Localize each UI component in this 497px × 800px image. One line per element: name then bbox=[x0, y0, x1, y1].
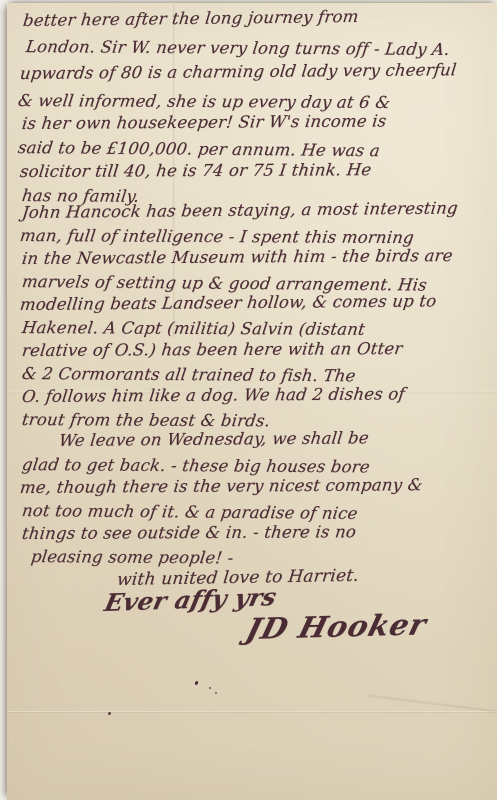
letter-line: We leave on Wednesday, we shall be bbox=[58, 428, 370, 451]
letter-line: & 2 Cormorants all trained to fish. The bbox=[21, 364, 357, 386]
letter-line: upwards of 80 is a charming old lady ver… bbox=[19, 60, 458, 84]
letter-line: glad to get back. - these big houses bor… bbox=[21, 455, 371, 477]
ink-speck bbox=[209, 687, 211, 689]
letter-line: trout from the beast & birds. bbox=[21, 410, 272, 431]
letter-line: said to be £100,000. per annum. He was a bbox=[17, 138, 381, 161]
letter-line: relative of O.S.) has been here with an … bbox=[21, 339, 404, 361]
ink-speck bbox=[108, 712, 111, 715]
letter-line: & well informed, she is up every day at … bbox=[17, 91, 392, 113]
letter-line: pleasing some people! - bbox=[30, 547, 235, 568]
valediction: Ever affy yrs bbox=[103, 587, 278, 613]
ink-speck bbox=[215, 692, 217, 694]
fold-crease-diagonal bbox=[367, 694, 497, 713]
letter-line: is her own housekeeper! Sir W's income i… bbox=[21, 111, 388, 134]
letter-line: in the Newcastle Museum with him - the b… bbox=[21, 246, 454, 269]
letter-line: me, though there is the very nicest comp… bbox=[19, 475, 424, 498]
signature: JD Hooker bbox=[244, 614, 428, 639]
letter-line: solicitor till 40, he is 74 or 75 I thin… bbox=[19, 160, 373, 182]
letter-line: London. Sir W. never very long turns off… bbox=[25, 37, 451, 60]
letter-line: O. follows him like a dog. We had 2 dish… bbox=[21, 384, 406, 407]
fold-crease-horizontal-bottom bbox=[7, 711, 497, 713]
letter-line: better here after the long journey from bbox=[22, 7, 360, 31]
letter-line: modelling beats Landseer hollow, & comes… bbox=[19, 291, 438, 315]
letter-line: Hakenel. A Capt (militia) Salvin (distan… bbox=[21, 318, 366, 340]
letter-line: John Hancock has been staying, a most in… bbox=[21, 198, 459, 223]
letter-line: man, full of intelligence - I spent this… bbox=[19, 226, 415, 248]
letter-page: better here after the long journey from … bbox=[7, 3, 497, 800]
letter-line: things to see outside & in. - there is n… bbox=[21, 522, 357, 544]
ink-speck bbox=[194, 681, 198, 686]
letter-line: not too much of it. & a paradise of nice bbox=[21, 501, 359, 524]
scan-background: better here after the long journey from … bbox=[0, 0, 497, 800]
